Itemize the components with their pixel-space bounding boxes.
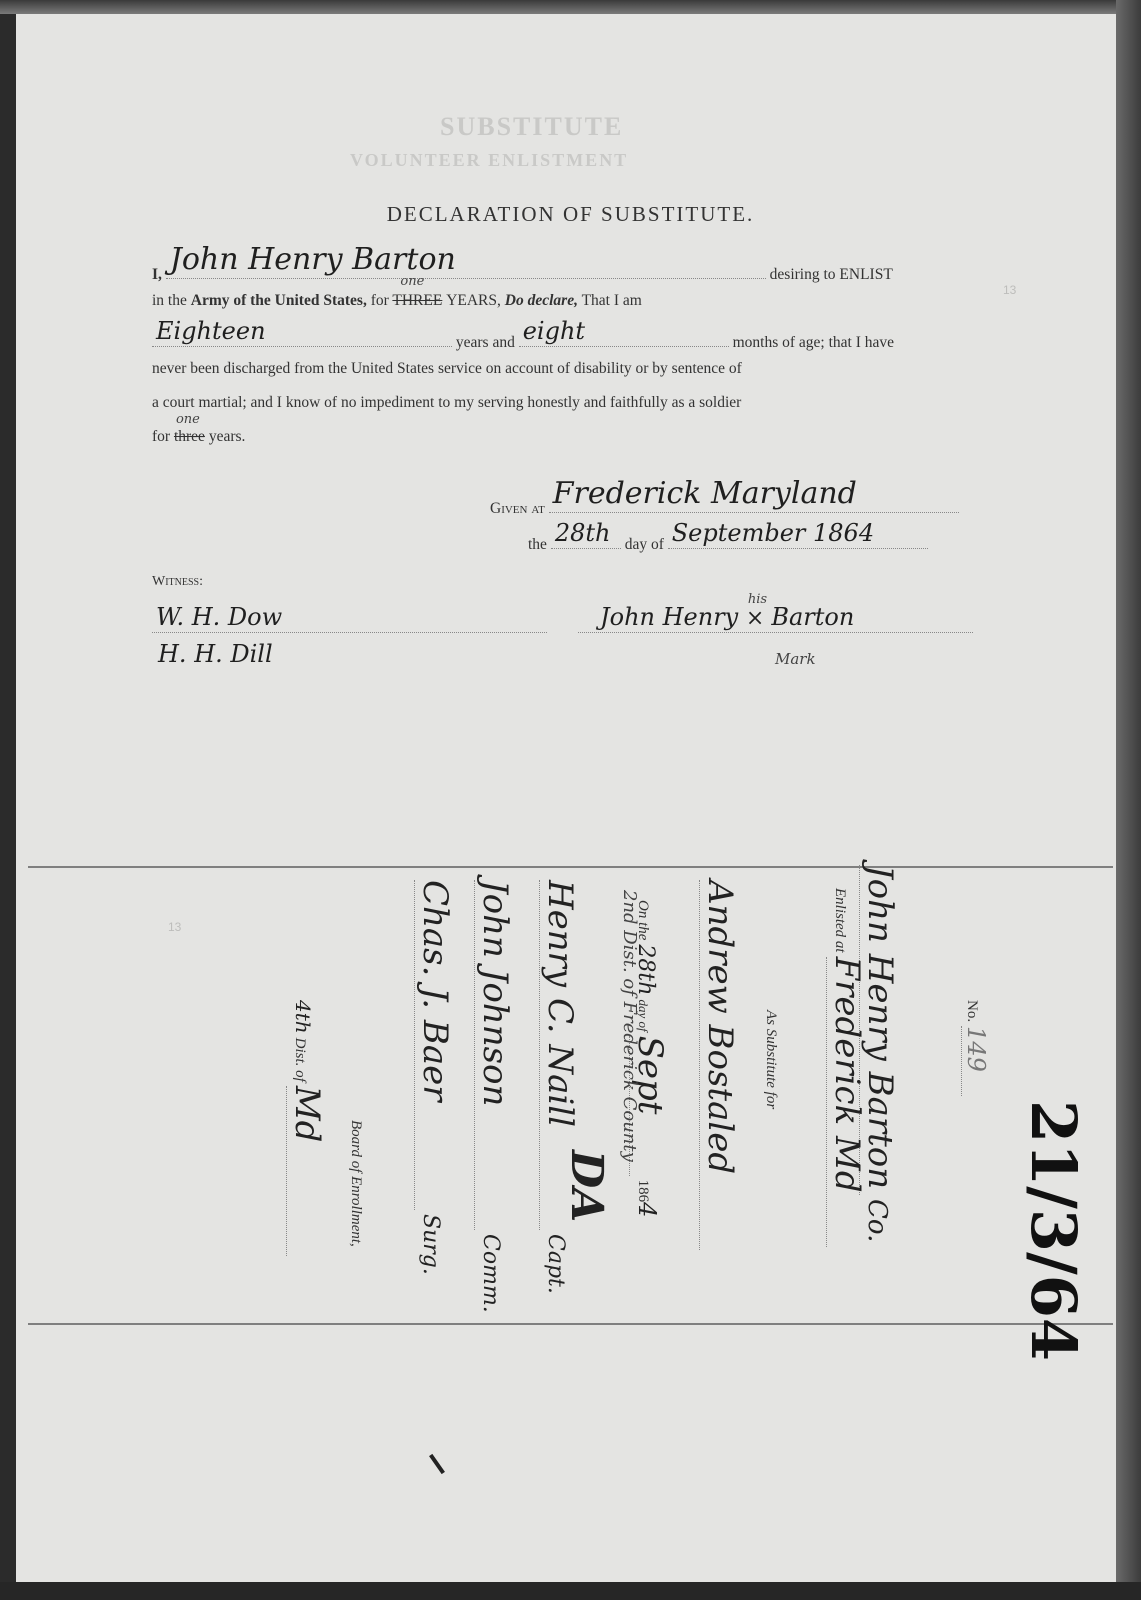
- label-years: years.: [209, 428, 246, 445]
- officer-name: John Johnson: [474, 880, 515, 1230]
- witness-line: W. H. Dow: [152, 612, 552, 638]
- age-years: Eighteen: [156, 317, 266, 345]
- declaration-line-3: Eighteen years and eight months of age; …: [152, 326, 992, 352]
- label-do-declare: Do declare,: [505, 292, 578, 309]
- signature-block: John Henry his × Barton: [600, 603, 854, 631]
- officer-title: Capt.: [543, 1234, 568, 1294]
- docket-district: 4th: [291, 1000, 315, 1034]
- term-insert: one: [400, 274, 424, 289]
- month-year-field: September 1864: [668, 528, 928, 549]
- declaration-line-4: never been discharged from the United St…: [152, 360, 992, 378]
- docket-officer-2: John Johnson Comm.: [474, 880, 515, 1313]
- label-mark: Mark: [775, 650, 816, 668]
- label-for: for: [152, 428, 170, 445]
- declaration-line-2: in the Army of the United States, for TH…: [152, 292, 992, 310]
- docket-substitute-line: Andrew Bostaled: [699, 880, 740, 1250]
- docket-number: 149: [961, 1026, 990, 1096]
- label-his: his: [748, 592, 767, 607]
- signature-line: John Henry his × Barton: [578, 612, 998, 638]
- faded-header: SUBSTITUTE: [440, 112, 623, 142]
- given-at-line: Given at Frederick Maryland: [490, 492, 990, 518]
- signer-mark-x: ×: [746, 606, 764, 631]
- day-field: 28th: [551, 528, 621, 549]
- fold-line: [28, 866, 1113, 868]
- faded-subheader: VOLUNTEER ENLISTMENT: [350, 150, 628, 171]
- given-day: 28th: [555, 519, 611, 547]
- docket-enlisted-place: Frederick Md: [826, 957, 867, 1247]
- margin-mark: 13: [168, 920, 181, 934]
- struck-term: THREE: [392, 292, 442, 309]
- docket-substitute-for: Andrew Bostaled: [699, 880, 740, 1250]
- declaration-line-1: I, John Henry Barton desiring to ENLIST: [152, 258, 992, 284]
- witness-signature-2: H. H. Dill: [158, 640, 273, 668]
- margin-mark: 13: [1003, 283, 1016, 297]
- docket-district-line: 4th Dist. of Md: [286, 1000, 327, 1256]
- witness-label: Witness:: [152, 574, 992, 590]
- document-title: DECLARATION OF SUBSTITUTE.: [0, 202, 1141, 227]
- fold-line: [28, 1323, 1113, 1325]
- label-day-of: day of: [625, 536, 664, 553]
- docket-district-note: 2nd Dist. of Frederick County: [619, 890, 640, 1162]
- scan-border-right: [1116, 0, 1141, 1600]
- scan-border-bottom: [0, 1582, 1141, 1600]
- age-months-field: eight: [519, 326, 729, 347]
- struck-term: three: [174, 428, 205, 445]
- docket-number-line: No. 149: [961, 1000, 990, 1096]
- officer-title: Comm.: [478, 1234, 503, 1313]
- scan-border-top: [0, 0, 1141, 14]
- label-as-substitute: As Substitute for: [762, 1010, 780, 1109]
- age-months: eight: [523, 317, 585, 345]
- declaration-line-5: a court martial; and I know of no impedi…: [152, 394, 992, 412]
- label-no: No.: [964, 1000, 980, 1022]
- witness-signature-1: W. H. Dow: [156, 603, 282, 631]
- given-month-year: September 1864: [672, 519, 874, 547]
- label-desiring: desiring to ENLIST: [770, 266, 893, 283]
- label-in-the: in the: [152, 292, 187, 309]
- docket-date-stamp: 21/3/64: [1017, 1100, 1090, 1361]
- enlistee-name: John Henry Barton: [170, 242, 456, 277]
- label-board-of-enrollment: Board of Enrollment,: [347, 1120, 365, 1247]
- docket-state: Md: [286, 1086, 327, 1256]
- officer-name: Henry C. Naill: [539, 880, 580, 1230]
- label-years-and: years and: [456, 334, 515, 351]
- label-year-prefix: 186: [635, 1180, 651, 1203]
- given-place: Frederick Maryland: [553, 476, 857, 511]
- signer-first-name: John Henry: [600, 603, 738, 631]
- enlistee-name-field: John Henry Barton: [166, 258, 766, 279]
- label-for: for: [371, 292, 389, 309]
- label-given-at: Given at: [490, 500, 545, 517]
- given-date-line: the 28th day of September 1864: [528, 528, 988, 554]
- place-field: Frederick Maryland: [549, 492, 959, 513]
- label-enlisted-at: Enlisted at: [832, 888, 848, 953]
- label-i: I,: [152, 266, 162, 283]
- docket-enlisted-line: Enlisted at Frederick Md: [826, 888, 867, 1247]
- docket-officer-3: Chas. J. Baer Surg.: [414, 880, 455, 1275]
- signer-surname: Barton: [771, 603, 854, 631]
- docket-district-note-text: 2nd Dist. of Frederick County: [619, 890, 640, 1162]
- term-insert: one: [176, 412, 200, 427]
- officer-title: Surg.: [418, 1214, 443, 1275]
- witness-field: W. H. Dow: [152, 612, 547, 633]
- label-army: Army of the United States,: [191, 292, 367, 309]
- docket-year-suffix: 4: [633, 1202, 661, 1217]
- signature-field: John Henry his × Barton: [578, 612, 973, 633]
- officer-name: Chas. J. Baer: [414, 880, 455, 1210]
- board-label: Board of Enrollment,: [348, 1120, 364, 1247]
- label-dist-of: Dist. of: [292, 1038, 308, 1082]
- label-months: months of age; that I have: [733, 334, 894, 351]
- declaration-line-6: for three one years.: [152, 428, 992, 446]
- label-years: YEARS,: [446, 292, 501, 309]
- label-as-substitute-for: As Substitute for: [763, 1010, 779, 1109]
- docket-officer-1: Henry C. Naill Capt.: [539, 880, 580, 1294]
- age-years-field: Eighteen: [152, 326, 452, 347]
- label-the: the: [528, 536, 547, 553]
- label-that-i-am: That I am: [582, 292, 642, 309]
- docket-stamp: 21/3/64: [1017, 1100, 1090, 1361]
